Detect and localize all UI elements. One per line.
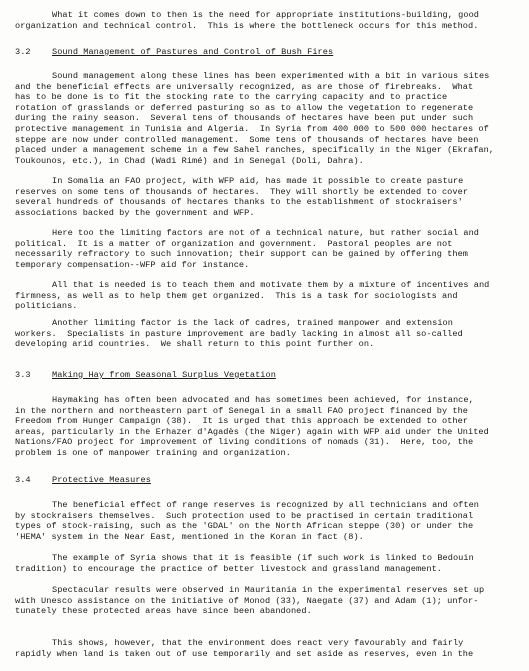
paragraph-line: rapidly when land is taken out of use te… [15, 649, 473, 659]
paragraph-line: several hundreds of thousands of hectare… [15, 197, 463, 207]
paragraph-line: placed under a management scheme in a fe… [15, 145, 494, 155]
paragraph-line: steppe are now under controlled manageme… [15, 135, 478, 145]
paragraph-first-line: Haymaking has often been advocated and h… [52, 395, 474, 405]
paragraph-line: political. It is a matter of organizatio… [15, 239, 452, 249]
paragraph-first-line: Here too the limiting factors are not of… [52, 228, 479, 238]
paragraph-line: organization and technical control. This… [15, 21, 478, 31]
paragraph-line: 'HEMA' system in the Near East, mentione… [15, 532, 364, 542]
paragraph-line: and the beneficial effects are universal… [15, 82, 473, 92]
paragraph-line: protective management in Tunisia and Alg… [15, 124, 489, 134]
document-page: What it comes down to then is the need f… [0, 0, 529, 671]
paragraph-first-line: What it comes down to then is the need f… [52, 10, 479, 20]
paragraph-line: developing arid countries. We shall retu… [15, 339, 374, 349]
paragraph-line: problem is one of manpower training and … [15, 448, 291, 458]
paragraph-line: politicians. [15, 301, 78, 311]
paragraph-first-line: The beneficial effect of range reserves … [52, 500, 479, 510]
paragraph-line: by stockraisers themselves. Such protect… [15, 511, 473, 521]
paragraph-line: areas, particularly in the Erhazer d'Aga… [15, 427, 489, 437]
section-heading: Making Hay from Seasonal Surplus Vegetat… [52, 370, 276, 380]
paragraph-line: during the rainy season. Several tens of… [15, 113, 473, 123]
paragraph-line: firmness, as well as to help them get or… [15, 291, 458, 301]
paragraph-line: Toukounos, etc.), in Chad (Wadi Rimé) an… [15, 156, 364, 166]
section-heading: Sound Management of Pastures and Control… [52, 47, 333, 57]
paragraph-line: reserves on some tens of thousands of he… [15, 187, 468, 197]
paragraph-first-line: Another limiting factor is the lack of c… [52, 318, 453, 328]
paragraph-line: workers. Specialists in pasture improvem… [15, 329, 463, 339]
paragraph-line: with Unesco assistance on the initiative… [15, 596, 478, 606]
paragraph-first-line: All that is needed is to teach them and … [52, 280, 489, 290]
paragraph-line: Freedom from Hunger Campaign (38). It is… [15, 416, 468, 426]
paragraph-line: in the northern and northeastern part of… [15, 406, 468, 416]
section-heading: Protective Measures [52, 475, 151, 485]
paragraph-first-line: The example of Syria shows that it is fe… [52, 553, 474, 563]
paragraph-line: tradition) to encourage the practice of … [15, 564, 442, 574]
paragraph-line: associations backed by the government an… [15, 208, 255, 218]
section-number: 3.3 [15, 370, 31, 380]
paragraph-first-line: Sound management along these lines has b… [52, 71, 489, 81]
paragraph-line: types of stock-raising, such as the 'GDA… [15, 521, 473, 531]
paragraph-first-line: Spectacular results were observed in Mau… [52, 585, 484, 595]
paragraph-line: rotation of grasslands or deferred pastu… [15, 103, 473, 113]
section-number: 3.4 [15, 475, 31, 485]
paragraph-line: has to be done is to fit the stocking ra… [15, 92, 447, 102]
paragraph-line: tunately these protected areas have sinc… [15, 606, 312, 616]
section-number: 3.2 [15, 47, 31, 57]
paragraph-line: temporary compensation--WFP aid for inst… [15, 260, 249, 270]
paragraph-line: necessarily refractory to such innovatio… [15, 249, 468, 259]
paragraph-line: Nations/FAO project for improvement of l… [15, 437, 473, 447]
paragraph-first-line: This shows, however, that the environmen… [52, 638, 463, 648]
paragraph-first-line: In Somalia an FAO project, with WFP aid,… [52, 176, 463, 186]
